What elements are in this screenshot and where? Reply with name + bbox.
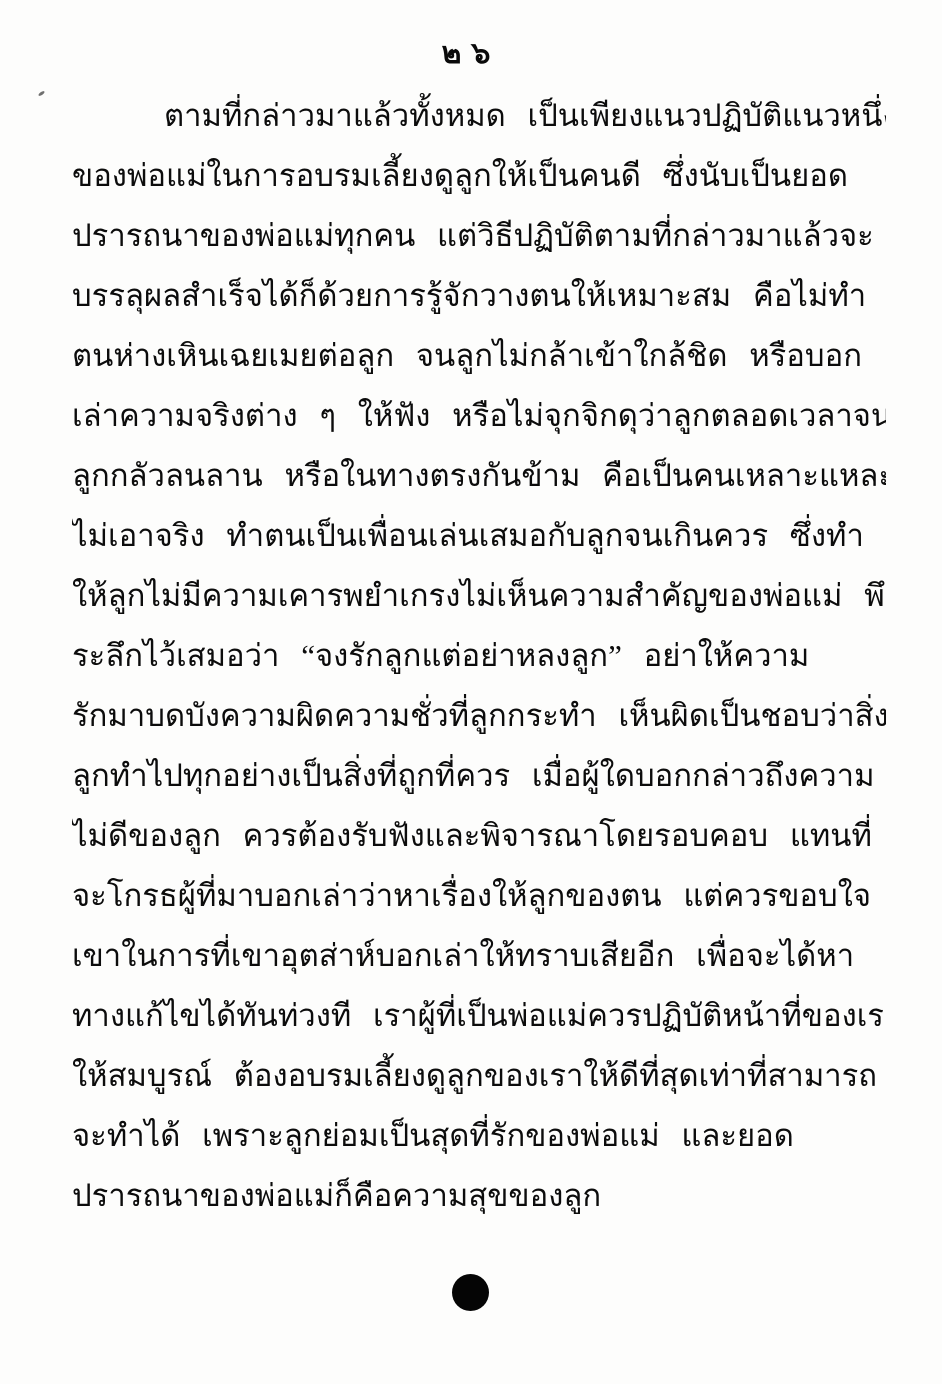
text-line: ไม่เอาจริง ทำตนเป็นเพื่อนเล่นเสมอกับลูกจ… [72,506,886,566]
text-line: รักมาบดบังความผิดความชั่วที่ลูกกระทำ เห็… [72,686,886,746]
text-line: ลูกกลัวลนลาน หรือในทางตรงกันข้าม คือเป็น… [72,446,886,506]
text-line: ให้ลูกไม่มีความเคารพยำเกรงไม่เห็นความสำค… [72,566,886,626]
text-line: ปรารถนาของพ่อแม่ก็คือความสุขของลูก [72,1166,886,1226]
body-text: ตามที่กล่าวมาแล้วทั้งหมด เป็นเพียงแนวปฏิ… [72,86,886,1226]
text-line: ระลึกไว้เสมอว่า “จงรักลูกแต่อย่าหลงลูก” … [72,626,886,686]
text-line: เขาในการที่เขาอุตส่าห์บอกเล่าให้ทราบเสีย… [72,926,886,986]
text-line: ปรารถนาของพ่อแม่ทุกคน แต่วิธีปฏิบัติตามท… [72,206,886,266]
text-line: ลูกทำไปทุกอย่างเป็นสิ่งที่ถูกที่ควร เมื่… [72,746,886,806]
text-line: ตามที่กล่าวมาแล้วทั้งหมด เป็นเพียงแนวปฏิ… [72,86,886,146]
text-line: ให้สมบูรณ์ ต้องอบรมเลี้ยงดูลูกของเราให้ด… [72,1046,886,1106]
end-of-section-dot-icon [452,1274,489,1311]
text-line: ของพ่อแม่ในการอบรมเลี้ยงดูลูกให้เป็นคนดี… [72,146,886,206]
text-line: ตนห่างเหินเฉยเมยต่อลูก จนลูกไม่กล้าเข้าใ… [72,326,886,386]
text-line: ทางแก้ไขได้ทันท่วงที เราผู้ที่เป็นพ่อแม่… [72,986,886,1046]
text-line: เล่าความจริงต่าง ๆ ให้ฟัง หรือไม่จุกจิกด… [72,386,886,446]
scan-speck [38,90,45,96]
text-line: ไม่ดีของลูก ควรต้องรับฟังและพิจารณาโดยรอ… [72,806,886,866]
text-line: บรรลุผลสำเร็จได้ก็ด้วยการรู้จักวางตนให้เ… [72,266,886,326]
text-line: จะทำได้ เพราะลูกย่อมเป็นสุดที่รักของพ่อแ… [72,1106,886,1166]
text-line: จะโกรธผู้ที่มาบอกเล่าว่าหาเรื่องให้ลูกขอ… [72,866,886,926]
scanned-book-page: ๒๖ ตามที่กล่าวมาแล้วทั้งหมด เป็นเพียงแนว… [0,0,942,1384]
page-number: ๒๖ [0,30,942,77]
